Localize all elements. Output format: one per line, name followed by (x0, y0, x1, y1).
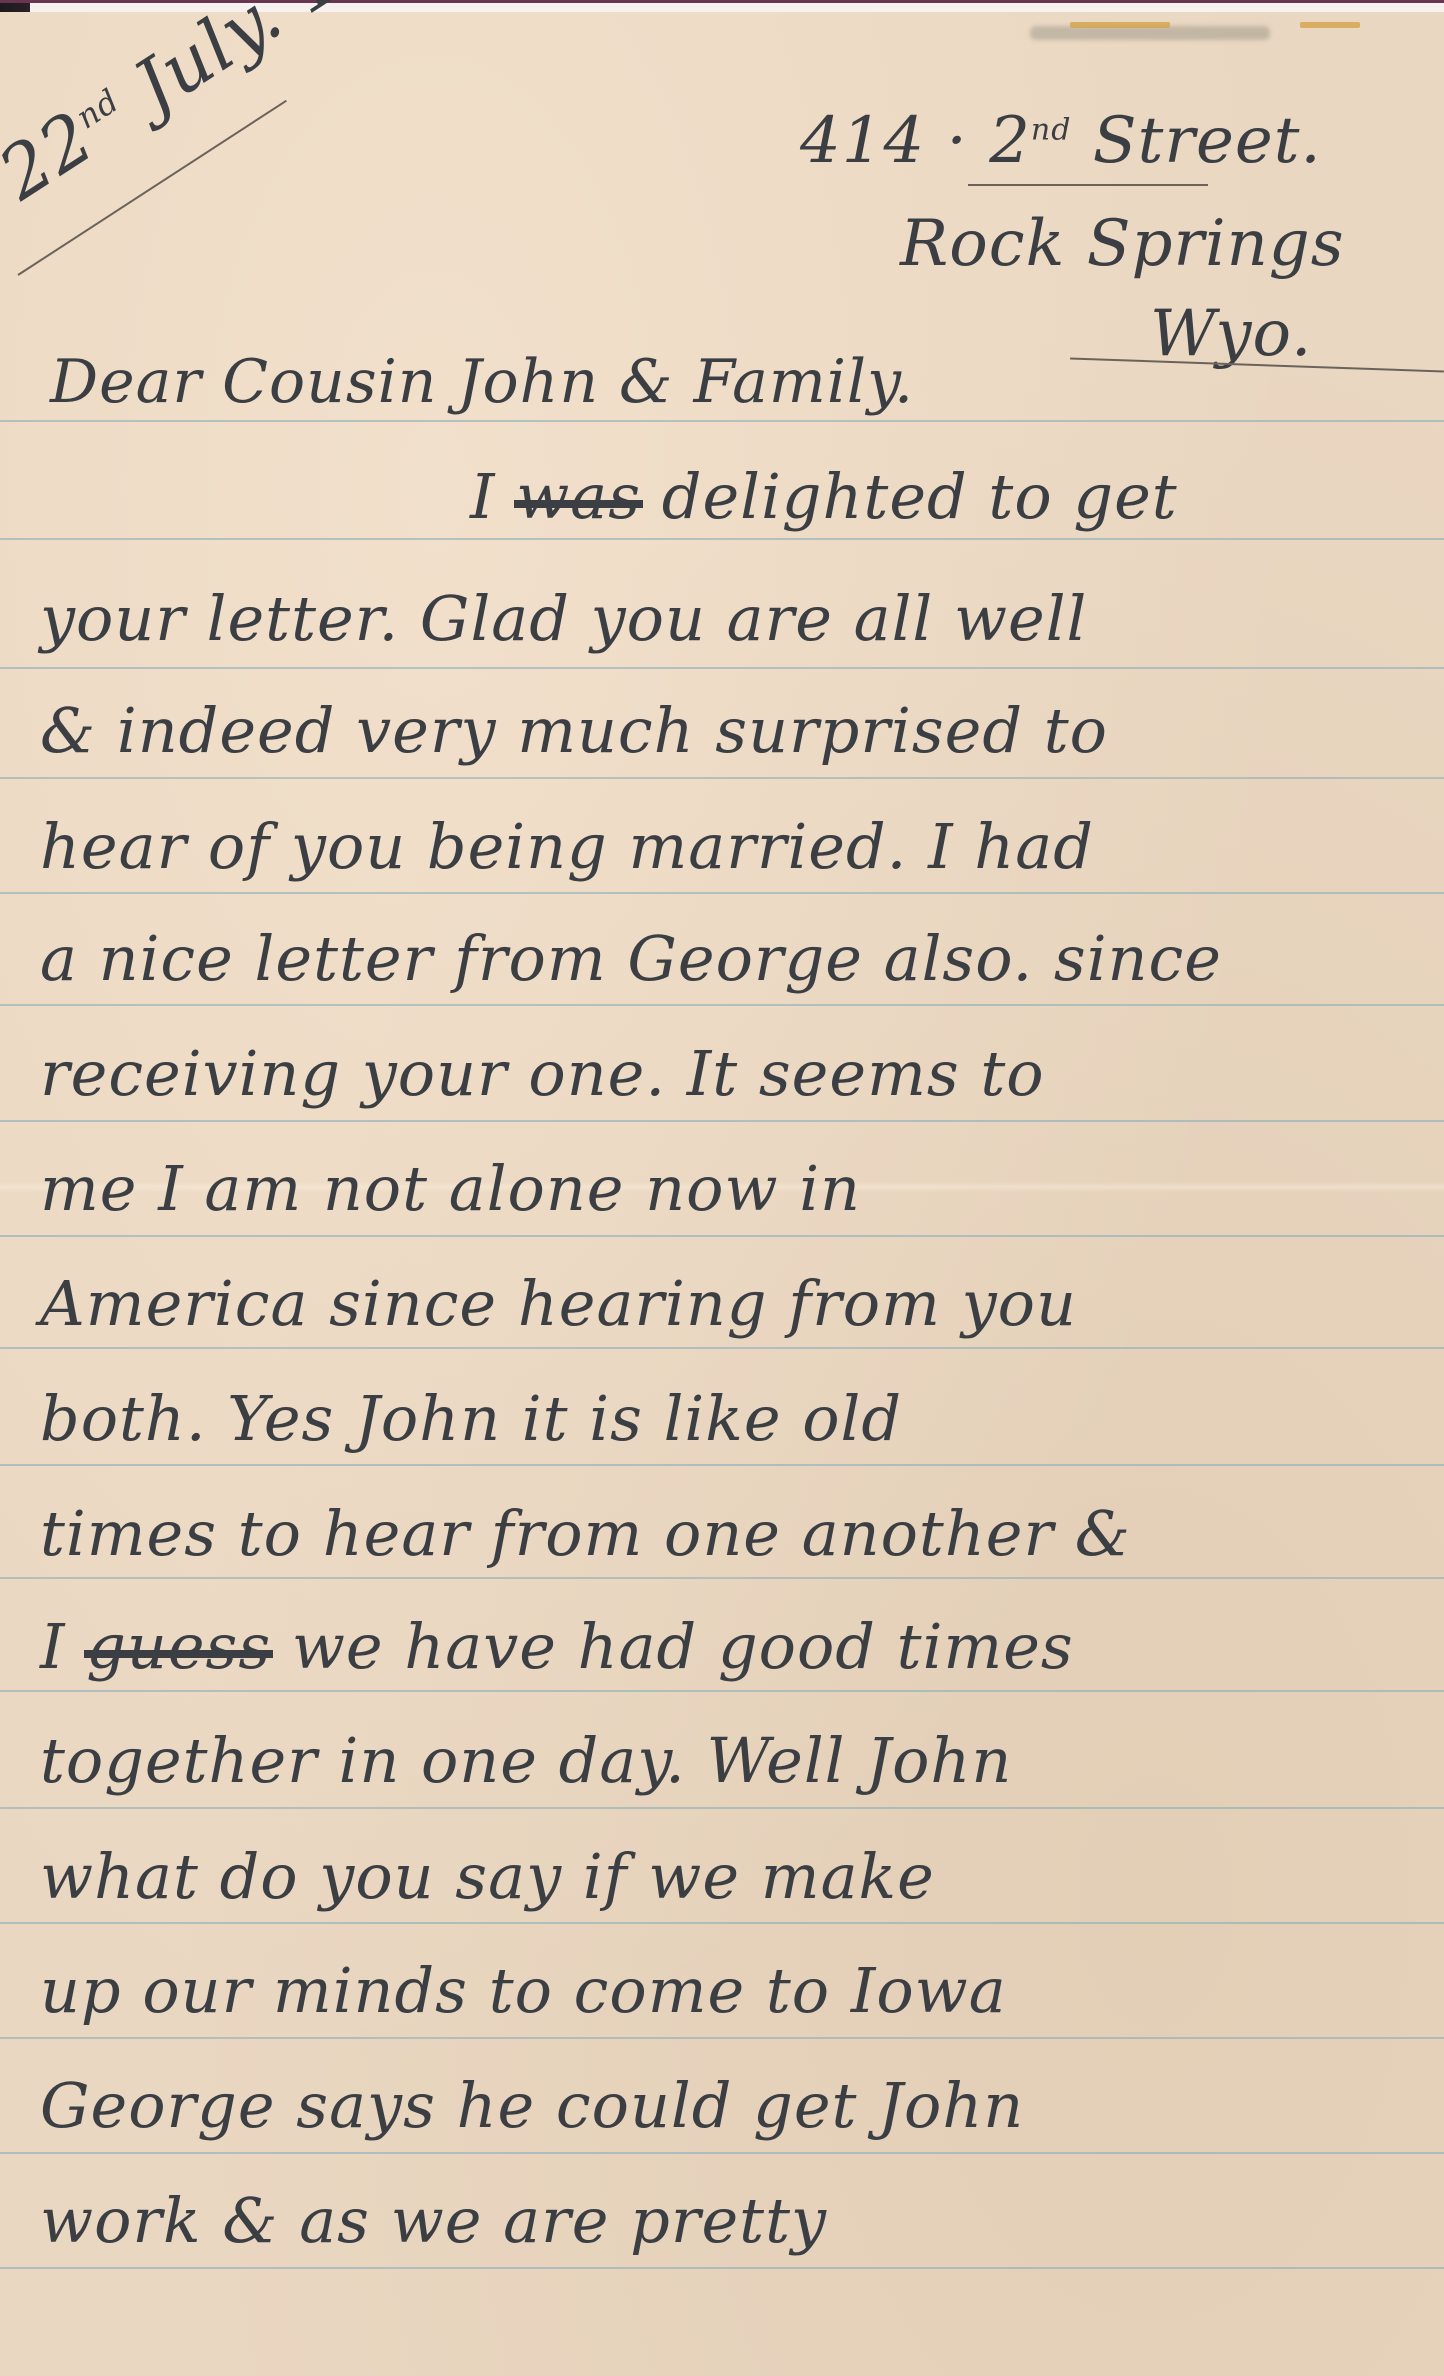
ruled-line (0, 1690, 1444, 1692)
ruled-line (0, 892, 1444, 894)
address-number: 414 · 2 (800, 104, 1031, 178)
text: I (470, 460, 516, 533)
ruled-line (0, 1347, 1444, 1349)
ruled-line (0, 1120, 1444, 1122)
body-line-4: hear of you being married. I had (40, 810, 1094, 883)
ruled-line (0, 1922, 1444, 1924)
letter-date: 22nd July. 1917. (0, 0, 462, 216)
body-line-14: up our minds to come to Iowa (40, 1954, 1007, 2027)
text: delighted to get (641, 460, 1178, 533)
address-street: Street. (1093, 104, 1322, 178)
body-line-2: your letter. Glad you are all well (40, 582, 1087, 655)
ruled-line (0, 1464, 1444, 1466)
address-suffix: nd (1031, 113, 1072, 148)
body-line-16: work & as we are pretty (40, 2184, 827, 2257)
ruled-line (0, 1807, 1444, 1809)
ruled-line (0, 2037, 1444, 2039)
body-line-1: I was delighted to get (470, 460, 1178, 533)
ruled-line (0, 1235, 1444, 1237)
salutation: Dear Cousin John & Family. (50, 347, 914, 417)
body-line-11: I guess we have had good times (40, 1610, 1074, 1683)
paper-edge-tape (1070, 22, 1170, 28)
body-line-5: a nice letter from George also. since (40, 922, 1222, 995)
letter-page: 22nd July. 1917. 414 · 2nd Street. Rock … (0, 12, 1444, 2376)
body-line-13: what do you say if we make (40, 1840, 935, 1913)
ruled-line (0, 538, 1444, 540)
address-underline (968, 184, 1208, 186)
struck-word: guess (86, 1610, 271, 1683)
ruled-line (0, 1577, 1444, 1579)
address-line-1: 414 · 2nd Street. (800, 104, 1322, 178)
ruled-line (0, 2152, 1444, 2154)
text: we have had good times (271, 1610, 1074, 1683)
ruled-line (0, 420, 1444, 422)
body-line-6: receiving your one. It seems to (40, 1037, 1045, 1110)
body-line-12: together in one day. Well John (40, 1724, 1012, 1797)
body-line-9: both. Yes John it is like old (40, 1382, 902, 1455)
ruled-line (0, 1004, 1444, 1006)
address-line-3: Wyo. (1150, 297, 1312, 371)
ruled-line (0, 667, 1444, 669)
paper-edge-tape (1300, 22, 1360, 28)
struck-word: was (516, 460, 641, 533)
address-line-2: Rock Springs (900, 207, 1345, 281)
body-line-7: me I am not alone now in (40, 1152, 861, 1225)
body-line-3: & indeed very much surprised to (40, 694, 1108, 767)
paper-edge-stain (1030, 26, 1270, 40)
ruled-line (0, 2267, 1444, 2269)
body-line-15: George says he could get John (40, 2069, 1024, 2142)
body-line-8: America since hearing from you (40, 1267, 1077, 1340)
text: I (40, 1610, 86, 1683)
ruled-line (0, 777, 1444, 779)
body-line-10: times to hear from one another & (40, 1497, 1131, 1570)
